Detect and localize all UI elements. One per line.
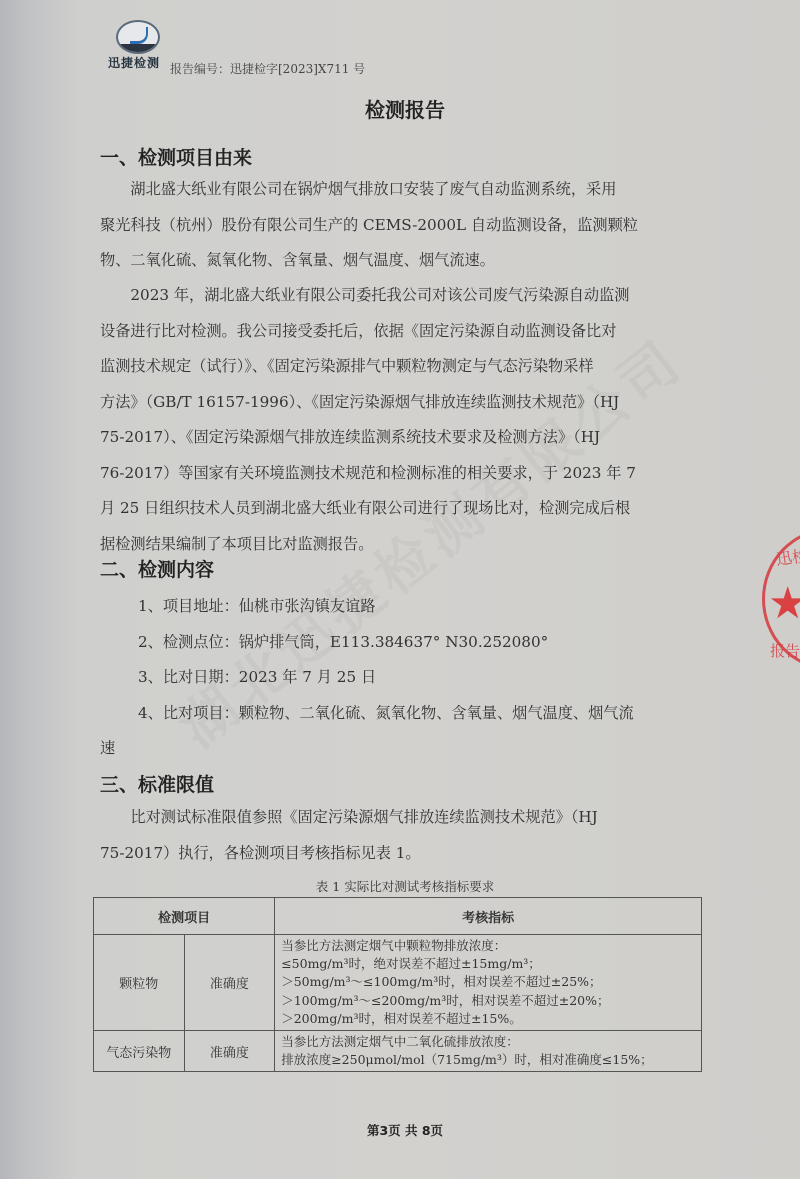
page-indicator: 第3页 共 8页: [0, 1121, 800, 1139]
content-item-parameters: 4、比对项目：颗粒物、二氧化硫、氮氧化物、含氧量、烟气温度、烟气流: [138, 702, 634, 723]
cell-requirements: 当参比方法测定烟气中颗粒物排放浓度： ≤50mg/m³时，绝对误差不超过±15m…: [275, 935, 702, 1031]
document-title: 检测报告: [0, 94, 800, 123]
criteria-table: 检测项目 考核指标 颗粒物 准确度 当参比方法测定烟气中颗粒物排放浓度： ≤50…: [93, 897, 702, 1072]
table-row: 气态污染物 准确度 当参比方法测定烟气中二氧化硫排放浓度： 排放浓度≥250μm…: [94, 1031, 702, 1072]
paragraph-line: 比对测试标准限值参照《固定污染源烟气排放连续监测技术规范》（HJ: [100, 800, 700, 836]
section-origin-paragraph-2: 2023 年，湖北盛大纸业有限公司委托我公司对该公司废气污染源自动监测 设备进行…: [100, 278, 700, 562]
content-item-location: 2、检测点位：锅炉排气筒，E113.384637° N30.252080°: [138, 631, 548, 652]
report-number: 报告编号：迅捷检字[2023]X711 号: [170, 60, 365, 77]
paragraph-line: 设备进行比对检测。我公司接受委托后，依据《固定污染源自动监测设备比对: [100, 314, 700, 350]
paragraph-line: 75-2017）、《固定污染源烟气排放连续监测系统技术要求及检测方法》（HJ: [100, 420, 700, 456]
cell-item: 颗粒物: [94, 935, 185, 1031]
requirement-line: ≤50mg/m³时，绝对误差不超过±15mg/m³；: [281, 955, 695, 973]
section-origin-paragraph-1: 湖北盛大纸业有限公司在锅炉烟气排放口安装了废气自动监测系统，采用 聚光科技（杭州…: [100, 172, 700, 279]
paragraph-line: 76-2017）等国家有关环境监测技术规范和检测标准的相关要求，于 2023 年…: [100, 456, 700, 492]
seal-bottom-text: 报告专: [770, 640, 800, 661]
cell-item: 气态污染物: [94, 1031, 185, 1072]
logo-text: 迅捷检测: [108, 54, 160, 71]
section-heading-limits: 三、标准限值: [100, 770, 214, 797]
paragraph-line: 75-2017）执行，各检测项目考核指标见表 1。: [100, 836, 700, 872]
paragraph-line: 湖北盛大纸业有限公司在锅炉烟气排放口安装了废气自动监测系统，采用: [100, 172, 700, 208]
paragraph-line: 监测技术规定（试行）》、《固定污染源排气中颗粒物测定与气态污染物采样: [100, 349, 700, 385]
seal-star-icon: ★: [768, 582, 800, 626]
header-cell-item: 检测项目: [94, 898, 275, 935]
requirement-line: 当参比方法测定烟气中颗粒物排放浓度：: [281, 937, 695, 955]
paragraph-line: 聚光科技（杭州）股份有限公司生产的 CEMS-2000L 自动监测设备，监测颗粒: [100, 208, 700, 244]
requirement-line: ＞100mg/m³～≤200mg/m³时，相对误差不超过±20%；: [281, 992, 695, 1010]
document-page: 湖北迅捷检测有限公司 迅捷检测 报告编号：迅捷检字[2023]X711 号 检测…: [0, 0, 800, 1179]
section-heading-origin: 一、检测项目由来: [100, 143, 252, 170]
table-header-row: 检测项目 考核指标: [94, 898, 702, 935]
content-item-date: 3、比对日期：2023 年 7 月 25 日: [138, 666, 376, 687]
content-item-parameters-wrap: 速: [100, 737, 115, 758]
cell-metric: 准确度: [184, 1031, 275, 1072]
section-heading-content: 二、检测内容: [100, 555, 214, 582]
table-row: 颗粒物 准确度 当参比方法测定烟气中颗粒物排放浓度： ≤50mg/m³时，绝对误…: [94, 935, 702, 1031]
requirement-line: 当参比方法测定烟气中二氧化硫排放浓度：: [281, 1033, 695, 1051]
logo-emblem-icon: [116, 20, 160, 54]
paragraph-line: 物、二氧化硫、氮氧化物、含氧量、烟气温度、烟气流速。: [100, 243, 700, 279]
seal-top-text: 迅检: [775, 543, 800, 570]
company-logo: 迅捷检测: [108, 20, 168, 72]
header-cell-criteria: 考核指标: [275, 898, 702, 935]
paragraph-line: 2023 年，湖北盛大纸业有限公司委托我公司对该公司废气污染源自动监测: [100, 278, 700, 314]
requirement-line: 排放浓度≥250μmol/mol（715mg/m³）时，相对准确度≤15%；: [281, 1051, 695, 1069]
section-limits-paragraph: 比对测试标准限值参照《固定污染源烟气排放连续监测技术规范》（HJ 75-2017…: [100, 800, 700, 871]
paragraph-line: 方法》（GB/T 16157-1996）、《固定污染源烟气排放连续监测技术规范》…: [100, 385, 700, 421]
table-caption: 表 1 实际比对测试考核指标要求: [0, 877, 800, 895]
requirement-line: ＞200mg/m³时，相对误差不超过±15%。: [281, 1010, 695, 1028]
paragraph-line: 月 25 日组织技术人员到湖北盛大纸业有限公司进行了现场比对，检测完成后根: [100, 491, 700, 527]
content-item-address: 1、项目地址：仙桃市张沟镇友谊路: [138, 595, 375, 616]
cell-requirements: 当参比方法测定烟气中二氧化硫排放浓度： 排放浓度≥250μmol/mol（715…: [275, 1031, 702, 1072]
requirement-line: ＞50mg/m³～≤100mg/m³时，相对误差不超过±25%；: [281, 973, 695, 991]
cell-metric: 准确度: [184, 935, 275, 1031]
